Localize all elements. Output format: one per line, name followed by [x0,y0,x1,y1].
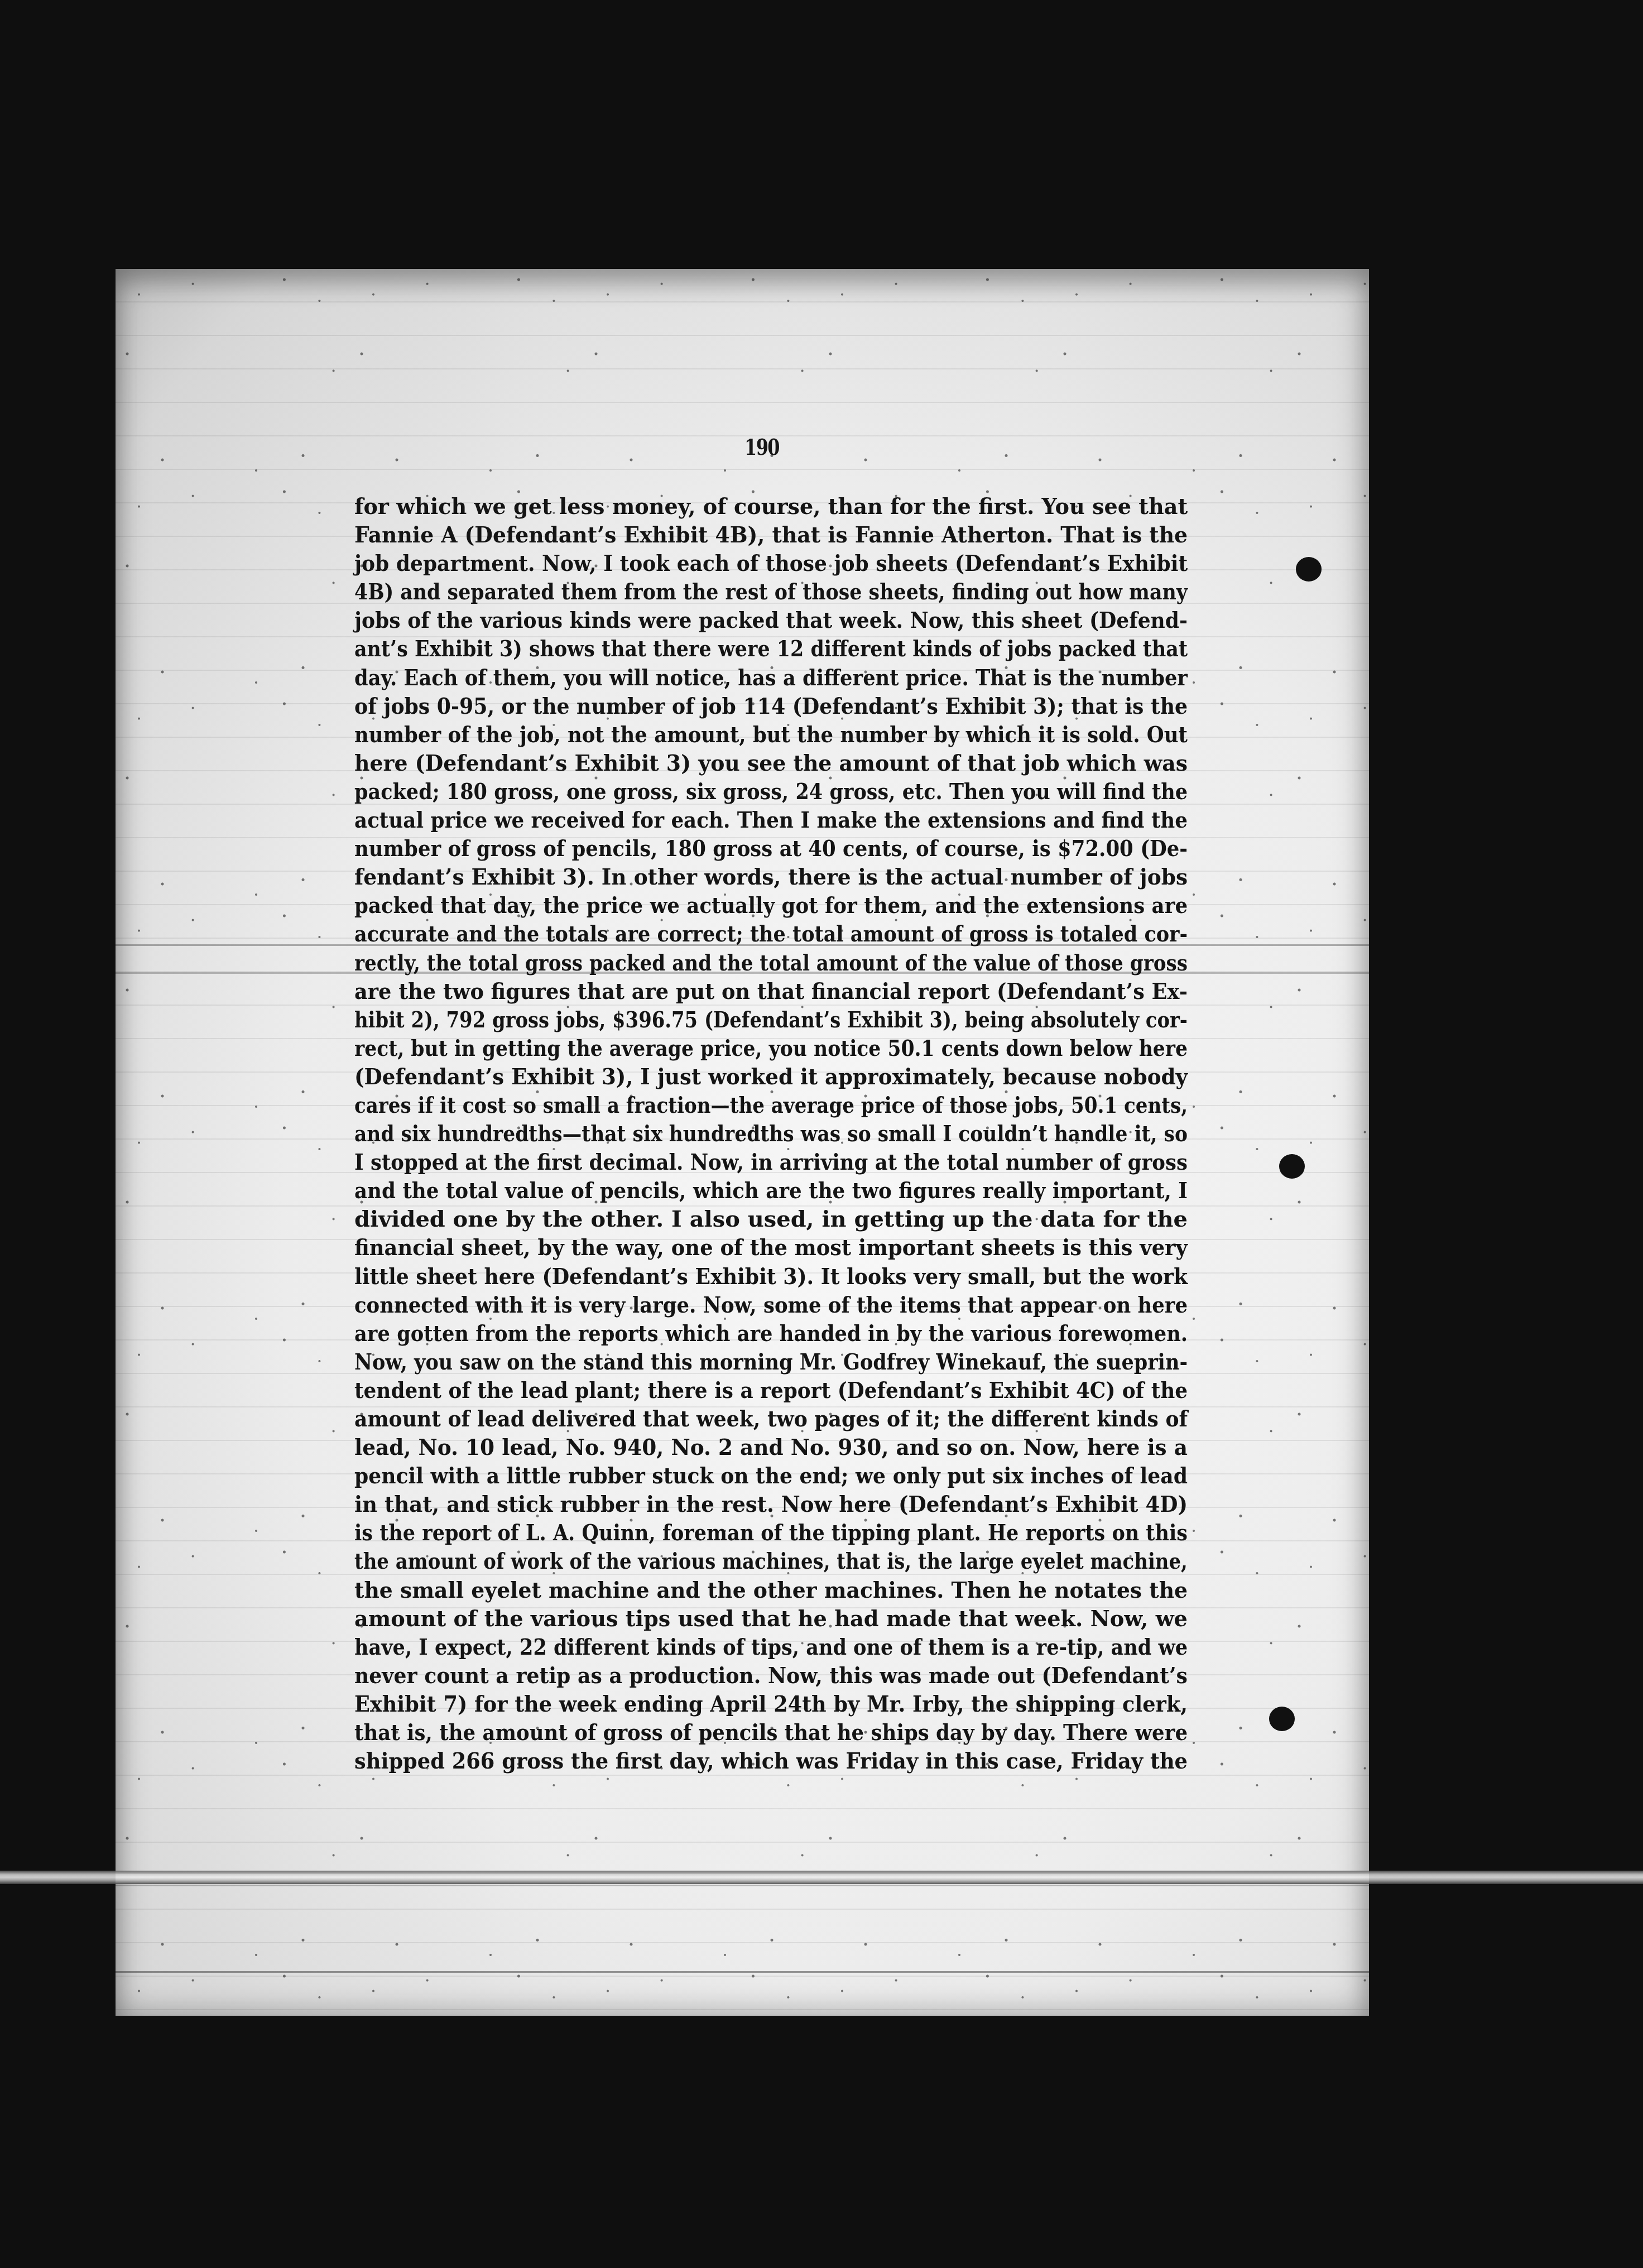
text-line: (Defendant’s Exhibit 3), I just worked i… [354,1063,1188,1091]
text-line: and the total value of pencils, which ar… [354,1176,1188,1205]
text-line: the small eyelet machine and the other m… [354,1576,1188,1604]
text-line: packed that day, the price we actually g… [354,891,1188,920]
text-line: pencil with a little rubber stuck on the… [354,1462,1188,1490]
text-line: jobs of the various kinds were packed th… [354,606,1188,635]
text-line: amount of lead delivered that week, two … [354,1405,1188,1433]
scan-line-artifact [116,1971,1369,1973]
document-page: 190 for which we get less money, of cour… [116,269,1369,2016]
text-line: for which we get less money, of course, … [354,492,1188,521]
text-line: divided one by the other. I also used, i… [354,1205,1188,1233]
punch-hole-icon [1279,1154,1305,1179]
text-line: have, I expect, 22 different kinds of ti… [354,1633,1188,1661]
text-line: 4B) and separated them from the rest of … [354,578,1188,606]
scan-streak-artifact [0,1871,1643,1884]
text-line: shipped 266 gross the first day, which w… [354,1747,1188,1775]
text-line: packed; 180 gross, one gross, six gross,… [354,777,1188,806]
punch-hole-icon [1269,1707,1295,1731]
page-number: 190 [744,435,776,460]
text-line: and six hundredths—that six hundredths w… [354,1119,1188,1148]
text-line: day. Each of them, you will notice, has … [354,664,1188,692]
text-line: Fannie A (Defendant’s Exhibit 4B), that … [354,521,1188,549]
text-line: number of gross of pencils, 180 gross at… [354,834,1188,863]
text-line: tendent of the lead plant; there is a re… [354,1376,1188,1405]
text-line: actual price we received for each. Then … [354,806,1188,834]
text-line: never count a retip as a production. Now… [354,1661,1188,1690]
text-line: in that, and stick rubber in the rest. N… [354,1490,1188,1519]
text-line: is the report of L. A. Quinn, foreman of… [354,1519,1188,1547]
text-line: hibit 2), 792 gross jobs, $396.75 (Defen… [354,1006,1188,1034]
text-line: lead, No. 10 lead, No. 940, No. 2 and No… [354,1433,1188,1462]
text-line: job department. Now, I took each of thos… [354,549,1188,578]
text-line: accurate and the totals are correct; the… [354,920,1188,948]
text-line: cares if it cost so small a fraction—the… [354,1091,1188,1119]
text-line: that is, the amount of gross of pencils … [354,1718,1188,1747]
text-line: number of the job, not the amount, but t… [354,720,1188,749]
text-line: ant’s Exhibit 3) shows that there were 1… [354,635,1188,663]
punch-hole-icon [1296,557,1322,582]
text-line: are the two figures that are put on that… [354,977,1188,1006]
scan-line-artifact [116,1885,1369,1886]
text-line: rectly, the total gross packed and the t… [354,949,1188,977]
microfilm-scan-frame: 190 for which we get less money, of cour… [0,0,1643,2268]
text-line: I stopped at the first decimal. Now, in … [354,1148,1188,1176]
text-line: here (Defendant’s Exhibit 3) you see the… [354,749,1188,777]
text-line: rect, but in getting the average price, … [354,1034,1188,1063]
text-line: Now, you saw on the stand this morning M… [354,1348,1188,1376]
text-line: connected with it is very large. Now, so… [354,1291,1188,1319]
text-line: Exhibit 7) for the week ending April 24t… [354,1690,1188,1718]
text-line: of jobs 0-95, or the number of job 114 (… [354,692,1188,720]
text-line: amount of the various tips used that he … [354,1604,1188,1633]
testimony-text: for which we get less money, of course, … [354,492,1188,1775]
text-line: little sheet here (Defendant’s Exhibit 3… [354,1262,1188,1291]
text-line: fendant’s Exhibit 3). In other words, th… [354,863,1188,891]
text-line: are gotten from the reports which are ha… [354,1319,1188,1348]
text-line: the amount of work of the various machin… [354,1547,1188,1575]
text-line: financial sheet, by the way, one of the … [354,1233,1188,1262]
